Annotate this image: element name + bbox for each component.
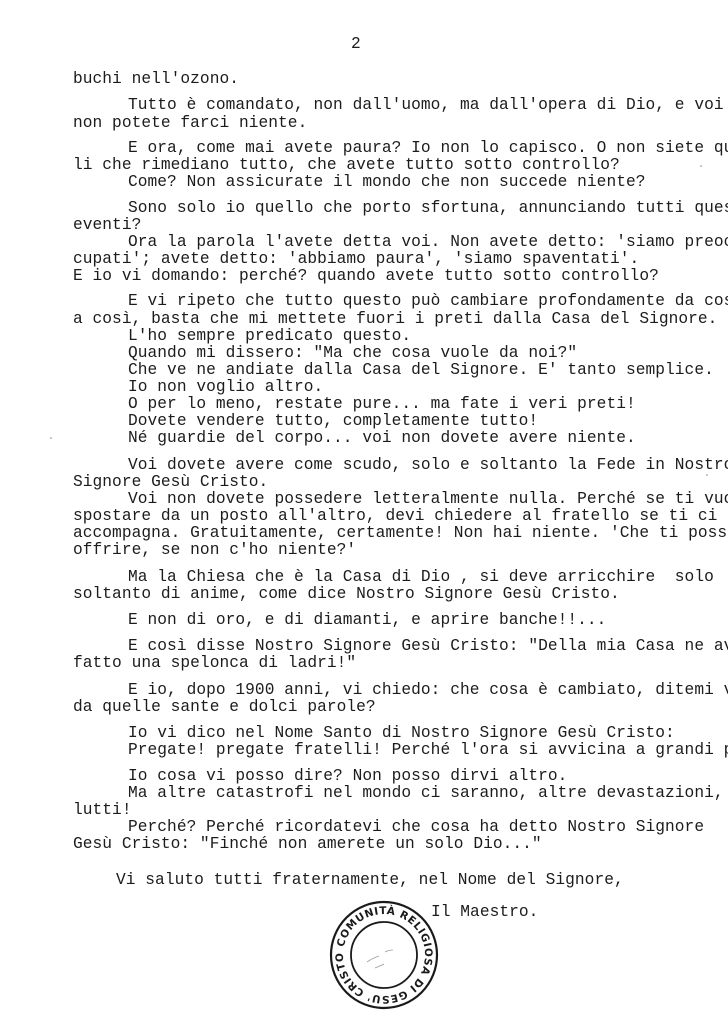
text-line: Né guardie del corpo... voi non dovete a… [128, 430, 636, 447]
signature: Il Maestro. [431, 904, 538, 921]
text-line: fatto una spelonca di ladri!" [73, 655, 356, 672]
text-line: Gesù Cristo: "Finché non amerete un solo… [73, 836, 542, 853]
text-line: Che ve ne andiate dalla Casa del Signore… [128, 362, 714, 379]
text-line: E vi ripeto che tutto questo può cambiar… [128, 293, 728, 310]
text-line: lutti! [73, 802, 132, 819]
text-line: Ora la parola l'avete detta voi. Non ave… [128, 234, 728, 251]
text-line: buchi nell'ozono. [73, 71, 239, 88]
text-line: eventi? [73, 217, 141, 234]
document-page: 2 buchi nell'ozono.Tutto è comandato, no… [0, 0, 728, 1024]
text-line: Pregate! pregate fratelli! Perché l'ora … [128, 742, 728, 759]
scan-speck [706, 474, 708, 476]
text-line: Ma altre catastrofi nel mondo ci saranno… [128, 785, 724, 802]
text-line: Dovete vendere tutto, completamente tutt… [128, 413, 538, 430]
scan-speck [50, 437, 52, 439]
text-line: spostare da un posto all'altro, devi chi… [73, 508, 717, 525]
text-line: Signore Gesù Cristo. [73, 474, 268, 491]
text-line: non potete farci niente. [73, 115, 307, 132]
text-line: Io vi dico nel Nome Santo di Nostro Sign… [128, 725, 675, 742]
text-line: soltanto di anime, come dice Nostro Sign… [73, 586, 620, 603]
text-line: Io cosa vi posso dire? Non posso dirvi a… [128, 768, 567, 785]
text-line: E ora, come mai avete paura? Io non lo c… [128, 140, 728, 157]
community-seal-stamp: COMUNITÀ RELIGIOSA DI GESU' CRISTO DIO N… [329, 900, 439, 1010]
text-line: offrire, se non c'ho niente?' [73, 542, 356, 559]
signature-scribble [367, 950, 393, 968]
text-line: Perché? Perché ricordatevi che cosa ha d… [128, 819, 704, 836]
text-line: li che rimediano tutto, che avete tutto … [73, 157, 620, 174]
text-line: a così, basta che mi mettete fuori i pre… [73, 311, 717, 328]
text-line: Voi dovete avere come scudo, solo e solt… [128, 457, 728, 474]
page-number: 2 [351, 36, 361, 53]
text-line: O per lo meno, restate pure... ma fate i… [128, 396, 636, 413]
text-line: L'ho sempre predicato questo. [128, 328, 411, 345]
text-line: cupati'; avete detto: 'abbiamo paura', '… [73, 251, 639, 268]
text-line: Come? Non assicurate il mondo che non su… [128, 174, 646, 191]
scan-speck [700, 165, 702, 167]
text-line: Tutto è comandato, non dall'uomo, ma dal… [128, 97, 724, 114]
text-line: E non di oro, e di diamanti, e aprire ba… [128, 612, 606, 629]
text-line: Sono solo io quello che porto sfortuna, … [128, 200, 728, 217]
text-line: E io vi domando: perché? quando avete tu… [73, 268, 659, 285]
text-line: accompagna. Gratuitamente, certamente! N… [73, 525, 728, 542]
closing-salutation: Vi saluto tutti fraternamente, nel Nome … [116, 872, 624, 889]
text-line: E io, dopo 1900 anni, vi chiedo: che cos… [128, 682, 728, 699]
text-line: E così disse Nostro Signore Gesù Cristo:… [128, 638, 728, 655]
text-line: Quando mi dissero: "Ma che cosa vuole da… [128, 345, 577, 362]
text-line: Voi non dovete possedere letteralmente n… [128, 491, 728, 508]
text-line: Ma la Chiesa che è la Casa di Dio , si d… [128, 569, 728, 586]
text-line: Io non voglio altro. [128, 379, 323, 396]
text-line: da quelle sante e dolci parole? [73, 699, 376, 716]
